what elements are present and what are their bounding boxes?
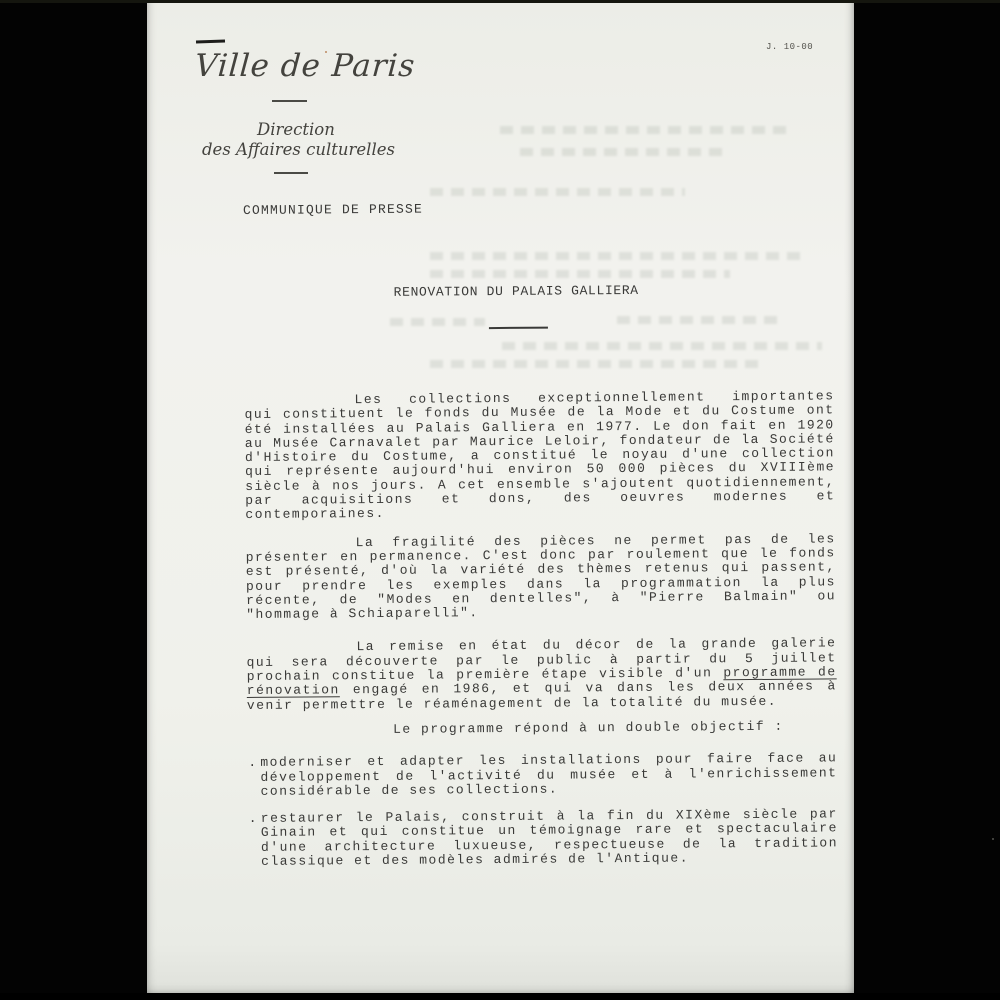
bullet-dot: . xyxy=(248,756,257,770)
body-line: considérable de ses collections. xyxy=(261,780,838,799)
scan-background: Ville de Paris Direction des Affaires cu… xyxy=(0,0,1000,1000)
paragraph: Les collections exceptionnellement impor… xyxy=(244,389,835,522)
press-release-label: COMMUNIQUE DE PRESSE xyxy=(243,203,423,219)
paragraph: Le programme répond à un double objectif… xyxy=(247,719,837,738)
paragraph: La remise en état du décor de la grande … xyxy=(246,637,837,713)
typed-body: Les collections exceptionnellement impor… xyxy=(244,389,838,869)
paragraph: La fragilité des pièces ne permet pas de… xyxy=(246,532,837,622)
body-line: "hommage à Schiaparelli". xyxy=(246,604,836,623)
paper-speck xyxy=(992,838,994,840)
bullet-paragraph: .moderniser et adapter les installations… xyxy=(247,752,837,800)
document-title: RENOVATION DU PALAIS GALLIERA xyxy=(394,284,639,300)
body-line: contemporaines. xyxy=(245,504,835,523)
body-line: venir permettre le réaménagement de la t… xyxy=(247,694,837,713)
bullet-dot: . xyxy=(249,812,258,826)
document-page: Ville de Paris Direction des Affaires cu… xyxy=(147,0,854,994)
body-line: Le programme répond à un double objectif… xyxy=(247,719,837,738)
typed-content: COMMUNIQUE DE PRESSE RENOVATION DU PALAI… xyxy=(145,0,860,995)
bullet-paragraph: .restaurer le Palais, construit à la fin… xyxy=(248,807,838,869)
body-line: classique et des modèles admirés de l'An… xyxy=(261,850,838,869)
title-underline-dash xyxy=(489,327,548,329)
